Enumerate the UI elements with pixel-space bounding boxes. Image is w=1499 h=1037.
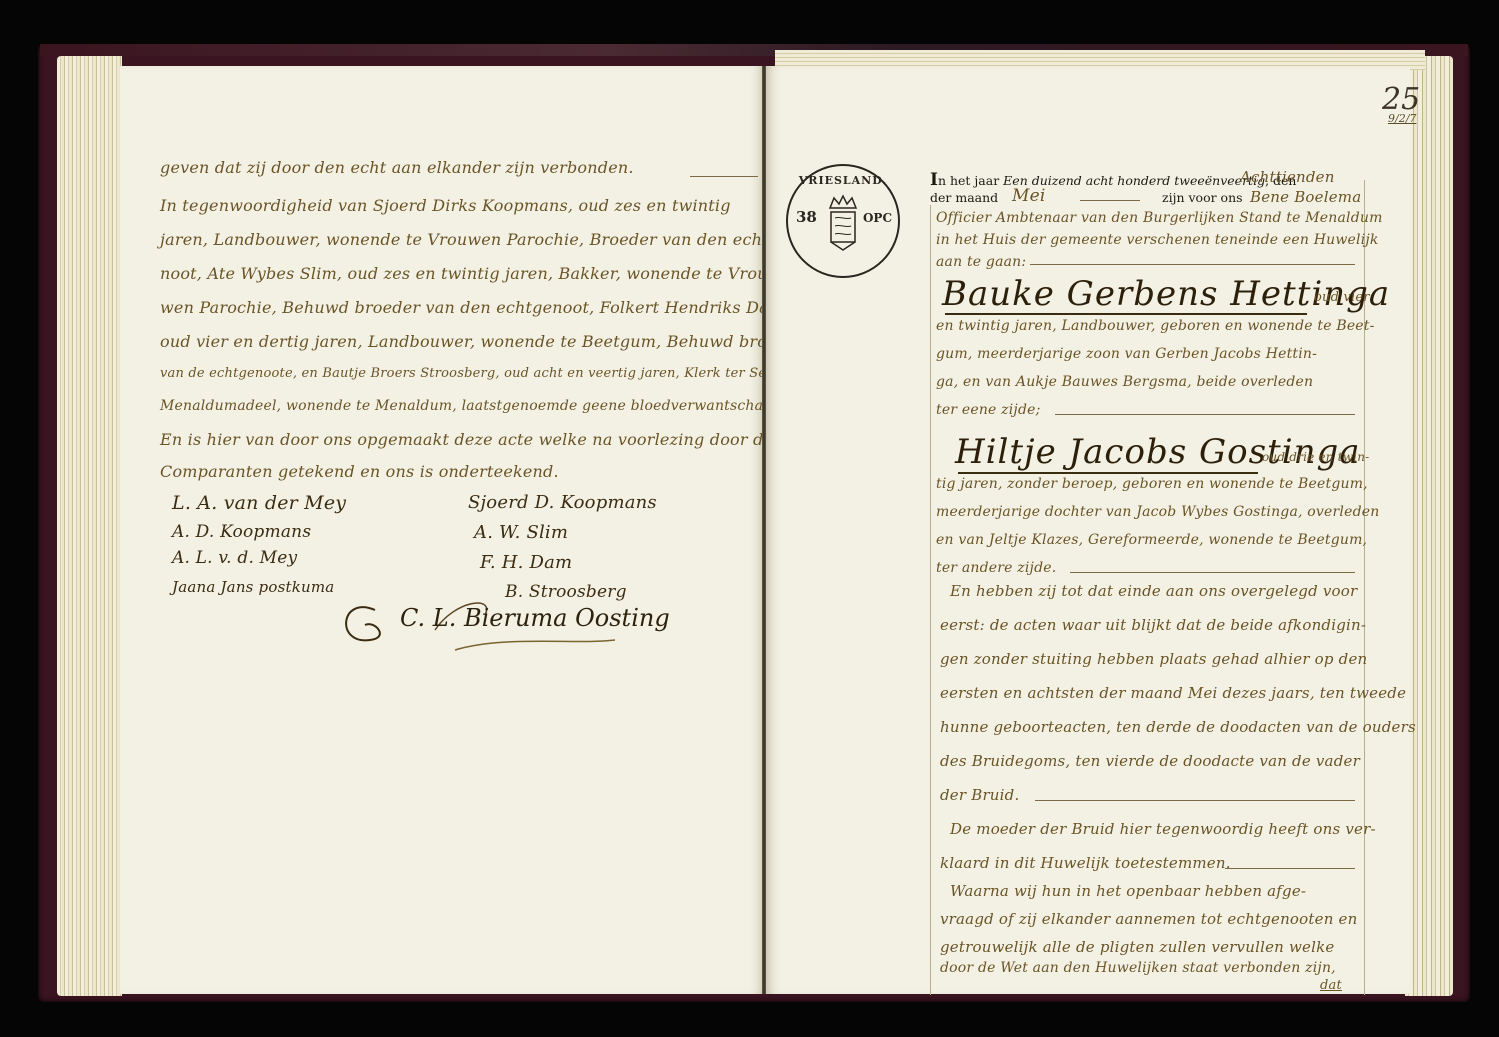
printed-header-line-2: der maand <box>930 190 998 205</box>
signature-left-3: A. L. v. d. Mey <box>172 548 297 568</box>
bride-line-4: ter andere zijde. <box>936 560 1056 576</box>
left-line-9: En is hier van door ons opgemaakt deze a… <box>160 430 773 449</box>
left-line-1: geven dat zij door den echt aan elkander… <box>160 158 634 177</box>
official-signature: C. L. Bieruma Oosting <box>400 604 670 632</box>
body-line-5: hunne geboorteacten, ten derde de doodac… <box>940 718 1416 736</box>
left-line-10: Comparanten getekend en ons is onderteek… <box>160 462 559 481</box>
signature-left-1: L. A. van der Mey <box>172 492 346 514</box>
page-edges-right <box>1405 56 1453 996</box>
left-line-6: oud vier en dertig jaren, Landbouwer, wo… <box>160 332 805 351</box>
stamp-province: VRIESLAND. <box>788 174 898 187</box>
left-line-7: van de echtgenoote, en Bautje Broers Str… <box>160 366 848 381</box>
body-line-2: eerst: de acten waar uit blijkt dat de b… <box>940 616 1366 634</box>
page-sub-number: 9/2/7 <box>1388 112 1416 125</box>
month-filler <box>1080 200 1140 201</box>
line-filler <box>1225 868 1355 869</box>
header-prefix: n het jaar <box>938 173 999 188</box>
official-name: Bene Boelema <box>1250 188 1361 206</box>
left-line-3: jaren, Landbouwer, wonende te Vrouwen Pa… <box>160 230 795 249</box>
drop-cap: I <box>930 170 938 190</box>
line-filler <box>1070 572 1355 573</box>
groom-line-1: en twintig jaren, Landbouwer, geboren en… <box>936 318 1375 334</box>
left-line-8: Menaldumadeel, wonende te Menaldum, laat… <box>160 398 777 414</box>
signature-right-2: A. W. Slim <box>474 522 568 543</box>
line-filler <box>1055 414 1355 415</box>
signature-left-4: Jaana Jans postkuma <box>172 578 334 596</box>
printed-header-line-2-middle: zijn voor ons <box>1162 190 1243 205</box>
body-catchword: dat <box>1320 978 1342 993</box>
body-line-7: der Bruid. <box>940 786 1019 804</box>
groom-line-4: ter eene zijde; <box>936 402 1041 418</box>
line-filler <box>1035 800 1355 801</box>
groom-line-2: gum, meerderjarige zoon van Gerben Jacob… <box>936 346 1317 362</box>
signature-right-1: Sjoerd D. Koopmans <box>468 492 657 513</box>
stamp-value: 38 <box>796 208 817 226</box>
bride-age-start: oud drie en twin- <box>1262 450 1369 464</box>
body-line-8: De moeder der Bruid hier tegenwoordig he… <box>950 820 1376 838</box>
body-line-4: eersten en achtsten der maand Mei dezes … <box>940 684 1406 702</box>
bride-line-3: en van Jeltje Klazes, Gereformeerde, won… <box>936 532 1367 548</box>
left-line-4: noot, Ate Wybes Slim, oud zes en twintig… <box>160 264 773 283</box>
left-line-5: wen Parochie, Behuwd broeder van den ech… <box>160 298 818 317</box>
official-place-line: in het Huis der gemeente verschenen tene… <box>936 232 1379 248</box>
crown-shield-icon <box>826 194 860 254</box>
official-title-line: Officier Ambtenaar van den Burgerlijken … <box>936 210 1383 226</box>
tax-stamp: VRIESLAND. 38 OPC <box>786 164 900 278</box>
stamp-unit: OPC <box>863 211 892 225</box>
line-filler <box>1030 264 1355 265</box>
signature-left-2: A. D. Koopmans <box>172 522 311 542</box>
bride-line-1: tig jaren, zonder beroep, geboren en won… <box>936 476 1368 492</box>
marriage-day: Achttienden <box>1240 168 1335 186</box>
groom-name-underline <box>945 313 1307 315</box>
groom-age-start: oud vier <box>1314 290 1370 305</box>
groom-line-3: ga, en van Aukje Bauwes Bergsma, beide o… <box>936 374 1313 390</box>
body-line-13: door de Wet aan den Huwelijken staat ver… <box>940 960 1336 976</box>
body-line-3: gen zonder stuiting hebben plaats gehad … <box>940 650 1367 668</box>
marriage-month: Mei <box>1012 186 1046 206</box>
body-line-6: des Bruidegoms, ten vierde de doodacte v… <box>940 752 1360 770</box>
bride-name-underline <box>958 472 1258 474</box>
signature-right-3: F. H. Dam <box>480 552 572 573</box>
body-line-12: getrouwelijk alle de pligten zullen verv… <box>940 938 1334 956</box>
body-line-9: klaard in dit Huwelijk toetestemmen. <box>940 854 1231 872</box>
official-end-line: aan te gaan: <box>936 254 1026 270</box>
body-line-11: vraagd of zij elkander aannemen tot echt… <box>940 910 1357 928</box>
body-line-1: En hebben zij tot dat einde aan ons over… <box>950 582 1357 600</box>
left-line-2: In tegenwoordigheid van Sjoerd Dirks Koo… <box>160 196 731 215</box>
line-filler <box>690 176 758 177</box>
bride-line-2: meerderjarige dochter van Jacob Wybes Go… <box>936 504 1379 520</box>
body-line-10: Waarna wij hun in het openbaar hebben af… <box>950 882 1306 900</box>
page-edges-left <box>57 56 122 996</box>
margin-rule-left <box>930 205 931 995</box>
